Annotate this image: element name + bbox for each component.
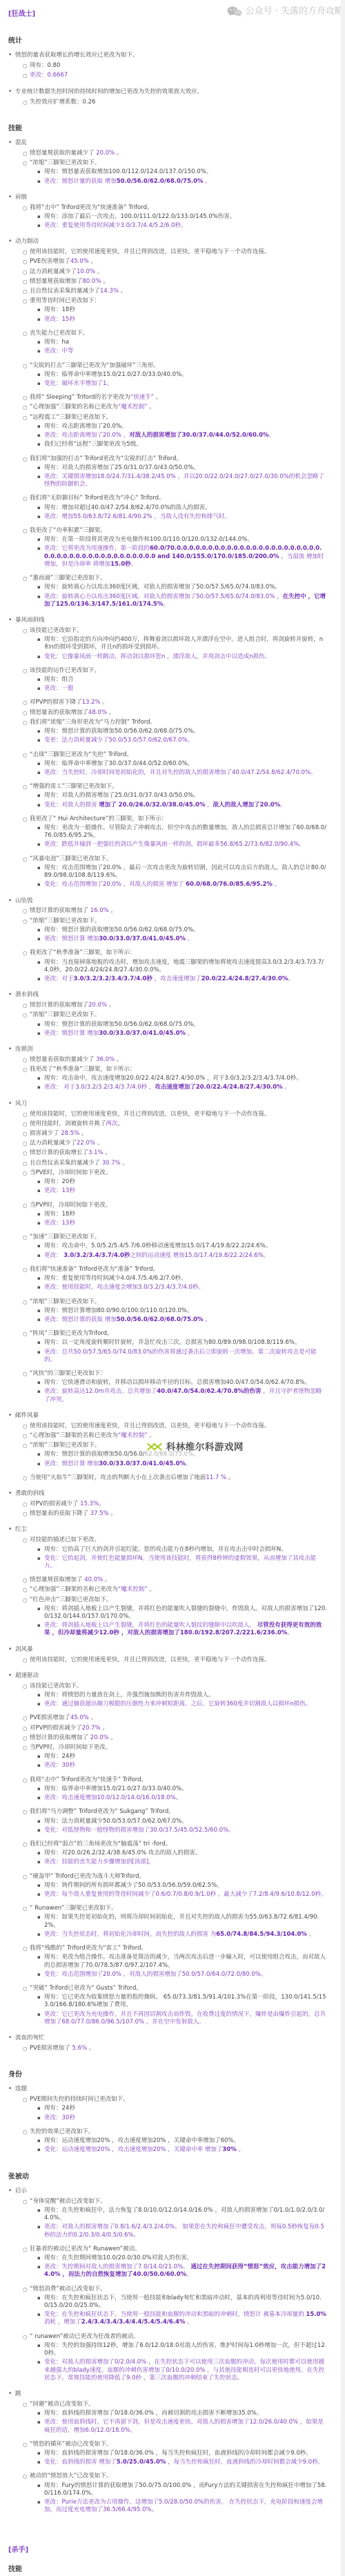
bullet-icon: ▪ (37, 824, 44, 831)
list-item-text: 我更改了“ Hui Architecture”的三脚架，如下所示： (30, 815, 327, 823)
bullet-icon: ▪ (37, 685, 44, 692)
bullet-icon: ○ (23, 495, 30, 502)
bullet-icon: • (8, 2390, 15, 2399)
bullet-icon: • (8, 2034, 15, 2043)
bullet-icon: ▪ (37, 1994, 44, 2001)
bullet-icon: • (8, 991, 15, 1000)
bullet-icon: ○ (23, 1111, 30, 1118)
bullet-icon: ▪ (37, 316, 44, 323)
bullet-icon: ○ (23, 1011, 30, 1019)
list-item-text: 更改：0.6667 (30, 72, 327, 79)
bullet-icon: • (8, 1672, 15, 1681)
list-item: ○“红色冲击”三脚架已更改如下。 (23, 1596, 327, 1604)
list-item: ○PVE损害增加了45.0% 。 (23, 1714, 327, 1722)
list-item-text: 更改：30秒 (44, 2114, 327, 2122)
list-item-text: 更改：愤怒计算的获取 增加50.0/56.0/62.0/68.0/75.0% 。 (44, 1316, 327, 1324)
bullet-icon: ▪ (37, 2263, 44, 2270)
bullet-icon: ○ (23, 1120, 30, 1128)
list-item-text: 现有：24秒 (44, 1753, 327, 1761)
list-item: ○更改：0.6667 (23, 72, 327, 79)
list-item: •专业统计数据失控时间的持续时间的增加已更改为失控的效果放大效应。 (8, 88, 327, 97)
list-item-text: 我更改了“秋季准备”三脚架，如下所示： (30, 949, 327, 957)
list-item: ○失控的效果已更改如下。 (23, 2128, 327, 2136)
list-item-text: 现有：它快速滑动和旋转，并移动以损坏移动半径的目标。总损害增加40.0/47.0… (44, 1379, 327, 1387)
list-item-text: 使用该技能时，它的使用速度更快，并且已得到改进，以更快，更平稳地与下一个动作连接… (30, 1423, 327, 1430)
bullet-icon: ○ (23, 527, 30, 535)
list-item: ▪更改：使用技能时，攻击速度会增加3.0/3.2/3.4/3.7/4.0秒。 (37, 1284, 327, 1291)
list-item-text: 更改：失控期间对敌人的损害增加了7.0/14.0/21.0%。 通过在失控期间获… (44, 2263, 327, 2279)
list-item: ○法力消耗量减少了10.0% 。 (23, 268, 327, 276)
list-item-text: 现有：对敌人的损害增加了25.0/31.0/37.0/43.0/50.0%。 (44, 792, 327, 800)
list-item-text: 我们将“浓缩”三角形更改为“马力控制” Triford。 (30, 719, 327, 726)
list-item-text: 我将“击中” Triford更改为“快速手” Triford。 (30, 1776, 327, 1784)
bullet-icon: ○ (23, 1576, 30, 1584)
bullet-icon: ○ (23, 297, 30, 305)
list-item-text: 变化：攻击范围增加了20.0% ，对敌人的损害 增加了 60.0/68.0/76… (44, 881, 327, 889)
list-item: ○对PVP的损害减少了20.7% 。 (23, 1725, 327, 1732)
list-item-text: “愤怒消费”被动已改变如下。 (30, 2286, 327, 2293)
list-item-text: 现有：以一定角度旋转顺时针旋转，并急忙攻击三次。总损害为80.0/89.0/98… (44, 1339, 327, 1347)
list-item-text: “红色冲击”三脚架已更改如下。 (30, 1596, 327, 1604)
list-item-text: “回避”被动已改变如下。 (30, 2401, 327, 2408)
list-item: •选题 (8, 2085, 327, 2094)
list-item: •红尘 (8, 1526, 327, 1534)
section-heading: 张被动 (8, 2172, 327, 2181)
list-item-text: 愤怒计算的获取增加了 16.0% 。 (30, 907, 327, 915)
list-item: ▪更改：攻击速度增加10.0/12.0/14.0/16.0/18.0%。 (37, 1794, 327, 1802)
bullet-icon: ○ (23, 918, 30, 925)
list-item-text: PVE伤害增加了45.0% 。 (30, 258, 327, 266)
list-item: ○我更改了“秋季准备”三脚架，如下所示： (23, 949, 327, 957)
bullet-icon: ▪ (37, 927, 44, 933)
bullet-icon: ○ (23, 1149, 30, 1157)
list-item-text: 现有：愤怒计算增加80.0/90.0/100.0/110.0/120.0%。 (44, 1307, 327, 1315)
bullet-icon: ▪ (37, 1460, 44, 1467)
list-item: ▪现有：18秒 (37, 306, 327, 314)
list-item: •肩膀 (8, 194, 327, 202)
bullet-icon: ▪ (37, 423, 44, 430)
list-item: •剑风暴 (8, 1646, 327, 1654)
bullet-icon: • (8, 617, 15, 625)
list-item: •潜水斜线 (8, 991, 327, 1000)
list-item-text: 现有：在失控期间增加10.0/20.0/30.0%对敌人的伤害。 (44, 2255, 327, 2262)
bullet-icon: • (8, 238, 15, 246)
list-item-text: 现有：对敌人的损害增加了25.0/31.0/37.0/43.0/50.0%。 (44, 464, 327, 472)
list-item-text: 我将“残酷的” Triford更改为“雷工” Triford。 (30, 1945, 327, 1952)
list-item: ▪更改：30秒 (37, 2114, 327, 2122)
list-item: ▪更改：失控期间对敌人的损害增加了7.0/14.0/21.0%。 通过在失控期间… (37, 2263, 327, 2279)
list-item-text: 重用等待时间已更改如下： (30, 297, 327, 305)
list-item: ▪现有：愤怒计算的获取增加50.0/56.0/62.0/68.0/75.0%。 (37, 927, 327, 934)
list-item: ▪现有：在第一阶段将其更改为充电操作和100.0/110.0/120.0/132… (37, 536, 327, 544)
skills-heading: 技能 (8, 2565, 327, 2574)
list-item-text: 现有：20秒 (44, 1178, 327, 1186)
list-item-text: “身体觉醒”被动已改变如下。 (30, 2198, 327, 2206)
bullet-icon: ○ (23, 1905, 30, 1912)
list-item-text: 现有：失控的加强持续12秒，增加了6.0/12.0/18.0对敌人的伤害。维护时… (44, 2342, 327, 2357)
list-item: ▪现有：当直接掉落地板的攻击时，增加攻击速度，地震三脚架的增加将使攻击速度提高3… (37, 959, 327, 974)
list-item: ○愤怒计算的获取增加了20.0% 。 (23, 1002, 327, 1009)
bullet-icon: ▪ (37, 2146, 44, 2153)
bullet-icon: ▪ (37, 1211, 44, 1218)
list-item-text: 我们已经将“远程”三脚架更改为5级。 (44, 441, 327, 448)
list-item-text: 现有：血斜线的损害增加了0/18.0/36.0% ，而被切割的攻击损害不断增加3… (44, 2410, 327, 2417)
list-item: ▪现有：重复使用等待时间减少4.0/4.7/5.4/6.2/7.0秒。 (37, 1275, 327, 1282)
list-item: ▪更改：对于3.0/3.2/3.2/3.4/3.7/4.0秒 ，攻击速度增加了2… (37, 975, 327, 983)
list-item: •连锁剑 (8, 1046, 327, 1054)
bullet-icon: ○ (23, 1808, 30, 1816)
list-item-text: “硬盔甲” Triford已更改为战斗大师Triford。 (30, 1873, 327, 1881)
list-item: ○“浓缩”三脚架已更改如下。 (23, 159, 327, 167)
list-item-text: 更改：使用血斜线时，它不再留下剑，但是攻击速度更快。对敌人的损害增加了12.0/… (44, 2419, 327, 2434)
list-item-text: 现有：临界命中率增加了30.0/37.0/44.0/52.0/60.0%。 (44, 760, 327, 768)
list-item: ▪现有：对敌人的损害增加了25.0/31.0/37.0/43.0/50.0%。 (37, 464, 327, 472)
bullet-icon: ▪ (37, 935, 44, 942)
list-item-text: 愤怒计算的获取增长了3.1% 。 (30, 1149, 327, 1157)
list-item-text: 当PVP时，冷却时间如下更改。 (30, 1744, 327, 1752)
list-item: ○被动的“愤怒放大”已改变如下。 (23, 2473, 327, 2480)
bullet-icon: ○ (23, 815, 30, 823)
list-item-text: 我更改了“秋季准备”三脚架，如下所示： (30, 1066, 327, 1073)
list-item: •山坠毁 (8, 898, 327, 906)
bullet-icon: ○ (23, 1298, 30, 1306)
list-item-text: 更改：通过捕获超出剃刀极限的压倒性力来冲刺短距离。之后，它旋转360度并切割敌人… (44, 1701, 327, 1708)
bullet-icon: ▪ (37, 1546, 44, 1553)
list-item-text: 变化：它抬起剑，并使红色能量损坏N。当使用该技能时，将获得8秒钟的虚假效果，从而… (44, 1555, 327, 1570)
bullet-icon: ▪ (37, 636, 44, 643)
list-item-text: 愤怒量表的获取增加了48.0% 。 (30, 709, 327, 717)
bullet-icon: ○ (23, 2246, 30, 2253)
list-item-text: “心理加强”三脚架的名称已更改为“魔术控制” 。 (30, 1432, 327, 1440)
bullet-icon: ○ (23, 1985, 30, 1992)
list-item-text: 该技能的运作已更改如下。 (30, 667, 327, 675)
bullet-icon: ▪ (37, 1349, 44, 1356)
list-item-text: 现有：18秒 (44, 306, 327, 314)
list-item: ○且自然仪表采集的量减少了 30.7% 。 (23, 1160, 327, 1167)
list-item-text: 现有：在第一阶段将其更改为充电操作和100.0/110.0/120.0/132.… (44, 536, 327, 544)
bullet-icon: ○ (23, 404, 30, 411)
list-item-text: 愤怒量规获取增加了80.0% 。 (30, 278, 327, 286)
bullet-icon: ○ (23, 1656, 30, 1664)
bullet-icon: ▪ (37, 1971, 44, 1978)
bullet-icon: • (8, 1412, 15, 1420)
bullet-icon: ○ (23, 2333, 30, 2341)
bullet-icon: ▪ (37, 1859, 44, 1865)
bullet-icon: ○ (23, 1744, 30, 1752)
list-item-text: 使用该技能时，它的使用速度更快，并且已得到改进，以更快，更平稳地与下一个动作连接… (30, 1111, 327, 1118)
list-item-text: 更改：每个敌人重复使用的等待时间减少了0.6/0.7/0.8/0.9/1.0秒 … (44, 1891, 327, 1899)
list-item-text: 变化：对敌人的损害 增加了 20.0/26.0/32.0/38.0/45.0% … (44, 802, 327, 809)
bullet-icon: ▪ (37, 1030, 44, 1037)
list-item: ○“浓缩”三脚架已更改如下。 (23, 1298, 327, 1306)
bullet-icon: ▪ (37, 1284, 44, 1291)
list-item: ▪变化：它抬起剑，并使红色能量损坏N。当使用该技能时，将获得8秒钟的虚假效果，从… (37, 1555, 327, 1570)
bullet-icon: ▪ (37, 1882, 44, 1889)
list-item: ▪变化：攻击范围增加了20.0% ，对敌人的损害 增加了 60.0/68.0/7… (37, 881, 327, 889)
list-item-text: 变化：运动速度增加20% ，攻击速度增加20% ，关键命中率 增加了30% 。 (44, 2146, 327, 2154)
bullet-icon: ▪ (37, 2137, 44, 2144)
list-item-text: 更改：愤怒计算 增加30.0/33.0/37.0/41.0/45.0%。 (44, 1460, 327, 1468)
list-item-text: “惠而浦”三脚架已更改如下。 (30, 575, 327, 582)
bullet-icon: ▪ (37, 1275, 44, 1282)
list-item: ▪现有：18秒 (37, 1211, 327, 1218)
list-item-text: 更改：它已更改为充电操作，并且不再因切割攻击而炸毁。在收费过度的情况下，爆炸是由… (44, 2011, 327, 2026)
list-item: ○“硬盔甲” Triford已更改为战斗大师Triford。 (23, 1873, 327, 1881)
list-item: ▪更改：它将更改为用速操作，第一阶段的60.0/70.0.0.0.0.0.0.0… (37, 545, 327, 568)
list-item-text: PVE期间失控的持续时间已更改如下。 (30, 2096, 327, 2103)
list-item-text: “风暴电池”三脚架已更改如下。 (30, 855, 327, 863)
list-item: ▪变化：对敌人的损害增加了0/2.0/4.0% ，在失控状态下可以使用三次血腥的… (37, 2359, 327, 2382)
bullet-icon: ○ (23, 2473, 30, 2480)
list-item-text: 更改：13秒 (44, 1187, 327, 1195)
list-item-text: 现有：在失控和疯狂状态下，当使用一般技能和blady匆忙和黑暗冲动时，基本的再利… (44, 2295, 327, 2310)
bullet-icon: ▪ (37, 306, 44, 313)
bullet-icon: ▪ (37, 1605, 44, 1612)
list-item: ▪更改：对敌人的损害增加了0.8/1.6/2.4/3.2/4.0%。 如果您在失… (37, 2223, 327, 2239)
list-item: ▪更改：使用血斜线时，它不再留下剑，但是攻击速度更快。对敌人的损害增加了12.0… (37, 2419, 327, 2434)
list-item-text: 更改：一般 (44, 685, 327, 693)
list-item: ▪变化：对敌人的损害 增加了 20.0/26.0/32.0/38.0/45.0%… (37, 802, 327, 809)
bullet-icon: ▪ (37, 348, 44, 355)
list-item-text: 使用该技能时，它的使用速度更快，并且已得到改进，以更快，更平稳地与下一个动作连接… (30, 248, 327, 256)
list-item: ▪现有：20秒 (37, 1178, 327, 1186)
bullet-icon: ○ (23, 99, 30, 106)
list-item: ▪更改：当失控状态时，将初始化冷却时间，而失控的敌人的损害 为65.0/74.8… (37, 1931, 327, 1939)
list-item: ○“突破” Triford已更改为“ Gusts” Triford。 (23, 1985, 327, 1992)
bullet-icon: ▪ (37, 1388, 44, 1395)
bullet-icon: • (8, 194, 15, 202)
list-item-text: “远程震工”三脚架已更改如下。 (30, 414, 327, 422)
bullet-icon: ○ (23, 709, 30, 717)
bullet-icon: ▪ (37, 959, 44, 966)
list-item: ▪现有：攻击命中，5.0/5.2/5.4/5.7/6.0秒移动速度增加15.0/… (37, 1242, 327, 1250)
list-item: ▪现有：Fury的愤怒计算的获取增加了50.0/75.0/100.0% ，而Fu… (37, 2482, 327, 2497)
bullet-icon: ○ (23, 2198, 30, 2206)
list-item-text: 现有：增加对超过40.0/47.2/54.8/62.4/70.0%的敌人的损害。 (44, 504, 327, 512)
bullet-icon: ○ (23, 1266, 30, 1274)
bullet-icon: ▪ (37, 2499, 44, 2506)
bullet-icon: ▪ (37, 792, 44, 799)
list-item-text: 现有：攻击命中，5.0/5.2/5.4/5.7/6.0秒移动速度增加15.0/1… (44, 1242, 327, 1250)
list-item-text: 变化：在失控和疯狂状态下，当使用一般技能和血腥的冲动和黑暗的冲刺时，愤怒计 被基… (44, 2311, 327, 2326)
list-item-text: 连锁剑 (15, 1046, 327, 1053)
list-item-text: 法力消耗量减少了10.0% 。 (30, 268, 327, 276)
bullet-icon: ▪ (37, 1785, 44, 1792)
list-item-text: 变化：攻击范围增加了20.0% ，对敌人的损害增加了50.0/57.0/64.0… (44, 1971, 327, 1979)
list-item: ▪更改： 3.0/3.2/3.4/3.7/4.0秒之间的运动速度 增加15.0/… (37, 1252, 327, 1260)
list-item-text: 更改：旋转离心力以攻击360度区域。对敌人的损害增加了50.0/57.5/65.… (44, 593, 327, 608)
list-item-text: 我更改了“功率积累”三脚架。 (30, 527, 327, 535)
list-item-text: 混乱 (15, 139, 327, 147)
list-item-text: 现有：临界命中率增加15.0/21.0/27.0/33.0/40.0%。 (44, 1785, 327, 1793)
list-item: ▪变化：它像暴风雨一样跳动，挥动剑以损坏您n ，漂浮敌人，并用剑击中以造成n损伤… (37, 653, 327, 661)
list-item: ▪更改：15秒 (37, 316, 327, 324)
list-item-text: “阵风”三脚架已更改为Triford。 (30, 1330, 327, 1338)
bullet-icon: ▪ (37, 1242, 44, 1249)
bullet-icon: ▪ (37, 1220, 44, 1227)
list-item: ○愤怒计算的获取增加了 16.0% 。 (23, 907, 327, 915)
list-item: ▪现有：增加对超过40.0/47.2/54.8/62.4/70.0%的敌人的损害… (37, 504, 327, 512)
bullet-icon: ○ (23, 1330, 30, 1338)
bullet-icon: ▪ (37, 1187, 44, 1194)
list-item-text: 肩膀 (15, 194, 327, 201)
bullet-icon: ▪ (37, 1850, 44, 1856)
bullet-icon: ▪ (37, 676, 44, 683)
list-item-text: “愤怒的循环”被动已改变如下。 (30, 2441, 327, 2448)
list-item: ○对PVP的损害下降了13.2% 。 (23, 699, 327, 706)
list-item-text: 现有：愤怒量表获取增加100.0/112.0/124.0/137.0/150.0… (44, 168, 327, 176)
list-item-text: 愤怒量规获取增加了 40.0% 。 (30, 1576, 327, 1584)
bullet-icon: ▪ (37, 2459, 44, 2466)
list-item-text: 超速驱动 (15, 1672, 327, 1680)
bullet-icon: ○ (23, 783, 30, 791)
list-item: ○丧失能力已更改如下。 (23, 330, 327, 337)
bullet-icon: ○ (23, 627, 30, 635)
next-class-section: [杀手] 技能 (8, 2546, 327, 2574)
list-item: •跳 (8, 2390, 327, 2399)
bullet-icon: ○ (23, 72, 30, 79)
bullet-icon: ○ (23, 1233, 30, 1241)
list-item: ▪现有：在失控和疯狂中，法力恢复了8.0/10.0/12.0/14.0/16.0… (37, 2207, 327, 2222)
list-item: ▪现有：24秒 (37, 1753, 327, 1761)
list-item-text: “ Runawen”三脚架已更改如下。 (30, 1905, 327, 1912)
list-item: ○愤怒量规获取增加了80.0% 。 (23, 278, 327, 286)
list-item: ▪变化：在失控和疯狂状态下，当使用一般技能和血腥的冲动和黑暗的冲刺时，愤怒计 被… (37, 2311, 327, 2326)
list-item-text: 流血的匆忙 (15, 2034, 327, 2042)
bullet-icon: ▪ (37, 2114, 44, 2121)
list-item-text: “加速”三脚架已更改如下。 (30, 1233, 327, 1241)
list-item-text: 更改：Purie方法更改为占用操作，这增加了5.0/28.0/50.0%的伤害。… (44, 2499, 327, 2514)
list-item: ○我们已经将“弱点”的三角场更改为“脑震荡” tri -ford。 (23, 1841, 327, 1848)
list-item: ○对技能的描述已如下更改。 (23, 1536, 327, 1544)
bullet-icon: • (8, 1646, 15, 1654)
bullet-icon: ○ (23, 1873, 30, 1881)
list-item-text: 更改：关键损害增加18.0/24.7/31.4/38.2/45.0% ，并以20… (44, 473, 327, 488)
bullet-icon: ▪ (37, 380, 44, 387)
bullet-icon: • (8, 2085, 15, 2094)
bullet-icon: ▪ (37, 1622, 44, 1629)
list-item-text: 现有：愤怒计算的获取增加50.0/56.0/62.0/68.0/75.0%。 (44, 728, 327, 735)
list-item: ○“身体觉醒”被动已改变如下。 (23, 2198, 327, 2206)
bullet-icon: ▪ (37, 545, 44, 552)
list-item-text: 更改：重复使用等待时间减少3.0/3.7/4.4/5.2/6.0秒。 (44, 222, 327, 230)
list-item-text: 暴风雨斜线 (15, 617, 327, 624)
list-item-text: 更改：跌低并撞到一把强壮的剑以产生像暴风雨一样的剑。损坏最多56.8/65.2/… (44, 841, 327, 849)
bullet-icon: ▪ (37, 473, 44, 480)
bullet-icon: ▪ (37, 1307, 44, 1314)
list-item: ▪更改：愤怒计量的获取 增加50.0/56.0/62.0/68.0/75.0% … (37, 178, 327, 186)
list-item-text: 我们将“加强的打击” Triford更改为“尖锐的打击” Triford。 (30, 455, 327, 463)
bullet-icon: ▪ (37, 881, 44, 888)
list-item-text: 我将“击中” Triford更改为“快速准备” Triford。 (30, 204, 327, 212)
bullet-icon: ▪ (37, 222, 44, 229)
list-item-text: 使用该技能时，它的使用速度更快，并且已得到改进，以更快，更平稳地与下一个动作连接… (30, 1656, 327, 1664)
list-item: ▪更改：技能的丧失能力步骤增加到[顶部]。 (37, 1859, 327, 1866)
bullet-icon: ○ (23, 719, 30, 726)
list-item: ▪更改：愤怒计算 增加30.0/33.0/37.0/41.0/45.0%。 (37, 1460, 327, 1468)
bullet-icon: ▪ (37, 432, 44, 439)
list-item-text: 现有：将剑插入地板上以产生裂缝，并将红色的能量吹入裂缝的裂缝中，炸毁敌人。对敌人… (44, 1605, 327, 1621)
list-item: ▪现有：愤怒计算的获取增加50.0/56.0/62.0/68.0/75.0%。 (37, 728, 327, 735)
bullet-icon: ▪ (37, 1555, 44, 1562)
bullet-icon: ▪ (37, 802, 44, 809)
bullet-icon: ▪ (37, 1379, 44, 1386)
list-item-text: 更改：30秒 (44, 1762, 327, 1770)
bullet-icon: ▪ (37, 975, 44, 982)
bullet-icon: ○ (23, 1056, 30, 1064)
list-item: ▪更改：跌低并撞到一把强壮的剑以产生像暴风雨一样的剑。损坏最多56.8/65.2… (37, 841, 327, 849)
list-item-text: “尖锐的打击”三脚架已更改为“加强破坏”三角形。 (30, 362, 327, 370)
bullet-icon: ○ (23, 268, 30, 276)
list-item: ○我将“ Sleeping” Triford的名字更改为“快速手” 。 (23, 394, 327, 402)
list-item: ○使用技能时，剑被旋转并换了两次。 (23, 1120, 327, 1128)
bullet-icon: ▪ (37, 213, 44, 220)
list-item: ▪更改：攻击距离增加了20.0% ，对敌人的损害增加了30.0/37.0/44.… (37, 432, 327, 439)
list-item: ○PVE期间失控的持续时间已更改如下。 (23, 2096, 327, 2103)
bullet-icon: ▪ (37, 464, 44, 471)
list-item-text: 愤怒量规获取的量减少了 20.0% 。 (30, 150, 327, 157)
list-item: ▪现有：更改为一般操作。尽管除去了冲刺攻击，但空中攻击的数量增加，敌人的总损害总… (37, 824, 327, 840)
bullet-icon: ▪ (37, 371, 44, 378)
list-item-text: 现有：18秒 (44, 1211, 327, 1218)
list-item-text: 该技能已更改如下。 (30, 1683, 327, 1690)
list-item-text: 现有：它沿指定的方向冲向约400万，挥舞着剑以损坏敌人并漂浮在空中。进入组合时，… (44, 636, 327, 651)
bullet-icon: ○ (23, 1776, 30, 1784)
bullet-icon: ○ (23, 907, 30, 915)
bullet-icon: ▪ (37, 653, 44, 660)
list-item: ○我更改了“ Hui Architecture”的三脚架，如下所示： (23, 815, 327, 823)
list-item: ○当PVP时，冷却时间如下更改。 (23, 1202, 327, 1209)
list-item: ▪更改：重复使用等待时间减少3.0/3.7/4.4/5.2/6.0秒。 (37, 222, 327, 230)
bullet-icon: ○ (23, 1160, 30, 1167)
list-item: ▪现有：铸件期间的所有损坏都减少了50.0/53.0/56.0/59.0/62.… (37, 1882, 327, 1890)
list-item-text: 对PVP的损害下降了13.2% 。 (30, 699, 327, 706)
bullet-icon: ▪ (37, 1084, 44, 1091)
wechat-watermark-text: 公众号 · 失落的方舟攻略 (246, 6, 344, 17)
bullet-icon: ▪ (37, 1914, 44, 1921)
list-item-text: 变化：它像暴风雨一样跳动，挥动剑以损坏您n ，漂浮敌人，并用剑击中以造成n损伤。 (44, 653, 327, 661)
list-item-text: 红尘 (15, 1526, 327, 1534)
list-item: ▪更改：当失控时，冷却时间是初始化的，并且对失控的敌人的损害增加了40.0/47… (37, 769, 327, 777)
list-item: ○我们将“浓缩”三角形更改为“马力控制” Triford。 (23, 719, 327, 726)
list-item-text: 更改：当失控时，冷却时间是初始化的，并且对失控的敌人的损害增加了40.0/47.… (44, 769, 327, 777)
list-item-text: 更改：愤怒计量的获取 增加50.0/56.0/62.0/68.0/75.0% 。 (44, 178, 327, 186)
list-item-text: 当PVE时，冷却时间如下更改。 (30, 1169, 327, 1177)
list-item-text: 愤怒量表的获取下降了 37.5% 。 (30, 1510, 327, 1518)
bullet-icon: ○ (23, 1510, 30, 1518)
list-item-text: 更改：它将更改为用速操作，第一阶段的60.0/70.0.0.0.0.0.0.0.… (44, 545, 327, 568)
list-item-text: 专业统计数据失控时间的持续时间的增加已更改为失控的效果放大效应。 (15, 88, 327, 96)
list-item: ▪现有：愤怒计算增加80.0/90.0/100.0/110.0/120.0%。 (37, 1307, 327, 1315)
class-title-assassin: [杀手] (8, 2546, 327, 2555)
list-item-text: “增强的雷工”三脚架已更改如下。 (30, 783, 327, 791)
list-item-text: “风快”的三脚架已更改如下： (30, 1370, 327, 1378)
list-item: ▪变化：攻击范围增加了20.0% ，对敌人的损害增加了50.0/57.0/64.… (37, 1971, 327, 1979)
list-item: ○愤怒量表获取的量减少了 36.0% 。 (23, 1056, 327, 1064)
bullet-icon: • (8, 2188, 15, 2196)
list-item-text: 且自然仪表采集的量减少了14.3% 。 (30, 288, 327, 295)
list-item-text: 风刀 (15, 1100, 327, 1108)
list-item: ○对PV的损害减少了 15.3%。 (23, 1500, 327, 1508)
list-item: ○“阵风”三脚架已更改为Triford。 (23, 1330, 327, 1338)
list-item: •邮件风暴 (8, 1412, 327, 1420)
list-item: ○当使用“火焰牛”三脚架时，攻击的判断大小在上次袭击后增加了地面11.7 % 。 (23, 1474, 327, 1482)
list-item: ○“ Runawen”三脚架已更改如下。 (23, 1905, 327, 1912)
list-item-text: 变更：法力消耗量减少了50.0/53.0/57.0/62.0/67.0%。 (44, 737, 327, 744)
list-item-text: “心理加强”三脚架的名称已更改为“魔术控制” 。 (30, 1586, 327, 1594)
list-item: ▪变更：法力消耗量减少了50.0/53.0/57.0/62.0/67.0%。 (37, 737, 327, 744)
bullet-icon: ▪ (37, 841, 44, 848)
